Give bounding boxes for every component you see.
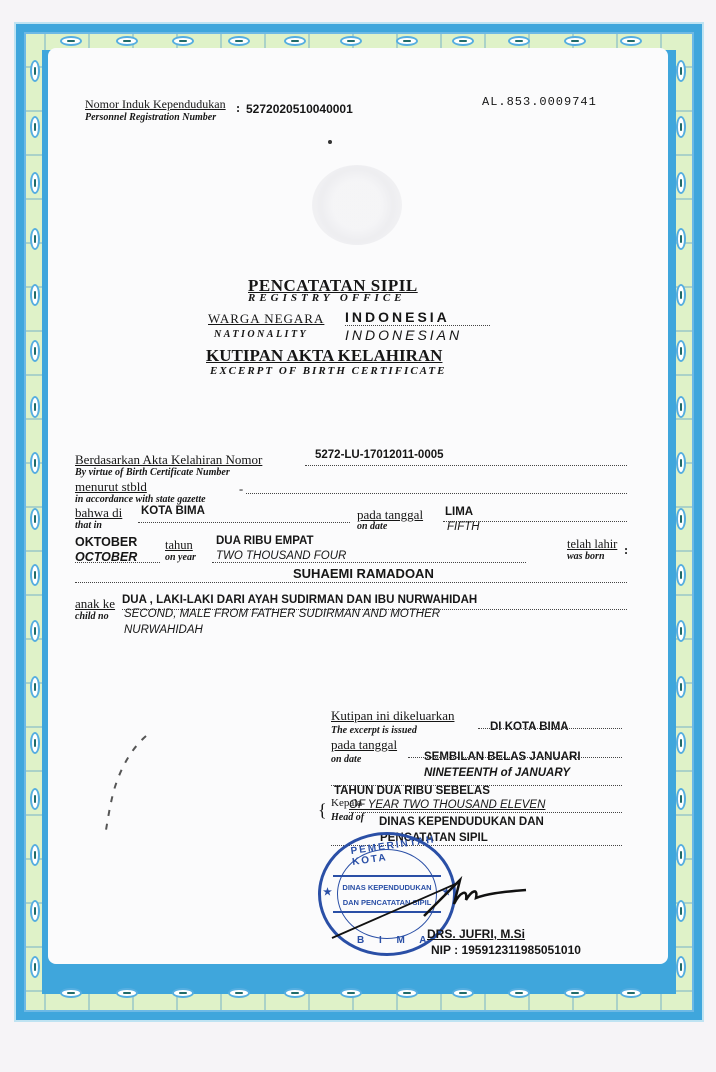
border-ornament bbox=[676, 508, 686, 530]
border-ornament bbox=[676, 60, 686, 82]
border-ornament bbox=[30, 564, 40, 586]
border-ornament bbox=[30, 900, 40, 922]
dotted-line bbox=[138, 522, 350, 523]
border-ornament bbox=[30, 60, 40, 82]
dotted-line bbox=[478, 728, 622, 729]
dotted-line bbox=[345, 325, 490, 326]
date-label-en: on date bbox=[357, 521, 387, 532]
border-ornament bbox=[508, 36, 530, 46]
place-label: bahwa di bbox=[75, 505, 122, 521]
year-value-en: TWO THOUSAND FOUR bbox=[216, 550, 346, 562]
cert-no-label-en: By virtue of Birth Certificate Number bbox=[75, 467, 230, 478]
year-label: tahun bbox=[165, 538, 193, 553]
document-title-en: EXCERPT OF BIRTH CERTIFICATE bbox=[210, 365, 446, 377]
border-ornament bbox=[676, 396, 686, 418]
day-value-en: FIFTH bbox=[447, 521, 480, 533]
border-ornament bbox=[452, 36, 474, 46]
document-title: KUTIPAN AKTA KELAHIRAN bbox=[206, 346, 442, 366]
border-ornament bbox=[676, 116, 686, 138]
issue-year-value-en: OF YEAR TWO THOUSAND ELEVEN bbox=[349, 799, 545, 811]
border-ornament bbox=[30, 788, 40, 810]
border-ornament bbox=[30, 620, 40, 642]
place-label-en: that in bbox=[75, 520, 102, 531]
child-no-label-en: child no bbox=[75, 611, 109, 622]
border-ornament bbox=[30, 172, 40, 194]
issue-year-value: TAHUN DUA RIBU SEBELAS bbox=[334, 785, 490, 797]
child-no-value: DUA , LAKI-LAKI DARI AYAH SUDIRMAN DAN I… bbox=[122, 594, 477, 606]
border-ornament bbox=[30, 844, 40, 866]
border-ornament bbox=[396, 988, 418, 998]
border-ornament bbox=[676, 228, 686, 250]
born-label: telah lahir bbox=[567, 537, 617, 552]
nationality-label: WARGA NEGARA bbox=[208, 311, 324, 327]
office-value-1: DINAS KEPENDUDUKAN DAN bbox=[379, 816, 544, 828]
border-ornament bbox=[676, 732, 686, 754]
border-ornament bbox=[676, 788, 686, 810]
border-ornament bbox=[30, 116, 40, 138]
border-ornament bbox=[676, 172, 686, 194]
child-no-value-en-1: SECOND, MALE FROM FATHER SUDIRMAN AND MO… bbox=[124, 608, 440, 620]
border-ornament bbox=[564, 988, 586, 998]
border-ornament bbox=[116, 36, 138, 46]
month-value: OKTOBER bbox=[75, 535, 137, 549]
border-ornament bbox=[172, 36, 194, 46]
border-ornament bbox=[30, 396, 40, 418]
border-ornament bbox=[508, 988, 530, 998]
border-ornament bbox=[228, 988, 250, 998]
border-ornament bbox=[676, 284, 686, 306]
border-ornament bbox=[30, 228, 40, 250]
border-ornament bbox=[676, 452, 686, 474]
stbld-value: - bbox=[239, 482, 243, 497]
border-ornament bbox=[284, 988, 306, 998]
border-ornament bbox=[30, 284, 40, 306]
dotted-line bbox=[349, 812, 622, 813]
border-ornament bbox=[396, 36, 418, 46]
border-ornament bbox=[30, 452, 40, 474]
border-ornament bbox=[620, 36, 642, 46]
dotted-line bbox=[75, 582, 627, 583]
border-ornament bbox=[284, 36, 306, 46]
signatory-nip: NIP : 195912311985051010 bbox=[431, 943, 581, 957]
born-label-en: was born bbox=[567, 551, 605, 562]
border-ornament bbox=[564, 36, 586, 46]
head-label-en: Head of bbox=[331, 812, 364, 823]
issued-label-en: The excerpt is issued bbox=[331, 725, 417, 736]
stbld-label: menurut stbld bbox=[75, 479, 147, 495]
dotted-line bbox=[212, 562, 526, 563]
dotted-line bbox=[408, 757, 622, 758]
border-ornament bbox=[676, 956, 686, 978]
nationality-label-en: NATIONALITY bbox=[214, 329, 308, 340]
dotted-line bbox=[246, 493, 627, 494]
pen-mark bbox=[80, 730, 160, 840]
border-ornament bbox=[676, 340, 686, 362]
place-value: KOTA BIMA bbox=[141, 505, 205, 517]
border-ornament bbox=[340, 988, 362, 998]
child-name: SUHAEMI RAMADOAN bbox=[293, 566, 434, 581]
border-ornament bbox=[30, 508, 40, 530]
border-ornament bbox=[620, 988, 642, 998]
ink-dot bbox=[328, 140, 332, 144]
border-ornament bbox=[676, 564, 686, 586]
year-value: DUA RIBU EMPAT bbox=[216, 535, 314, 547]
border-ornament bbox=[452, 988, 474, 998]
border-ornament bbox=[676, 844, 686, 866]
border-ornament bbox=[60, 36, 82, 46]
year-label-en: on year bbox=[165, 552, 196, 563]
brace-mark: { bbox=[318, 800, 327, 821]
office-title-en: REGISTRY OFFICE bbox=[248, 292, 406, 304]
cert-no-label: Berdasarkan Akta Kelahiran Nomor bbox=[75, 452, 262, 468]
nationality-value-en: INDONESIAN bbox=[345, 327, 462, 343]
dotted-line bbox=[75, 562, 160, 563]
nik-value: 5272020510040001 bbox=[246, 102, 353, 116]
border-ornament bbox=[60, 988, 82, 998]
issue-date-label: pada tanggal bbox=[331, 737, 397, 753]
born-colon: : bbox=[624, 543, 628, 558]
border-ornament bbox=[30, 340, 40, 362]
issue-date-value-en: NINETEENTH of JANUARY bbox=[424, 767, 570, 779]
stbld-label-en: in accordance with state gazette bbox=[75, 494, 206, 505]
border-ornament bbox=[30, 676, 40, 698]
nik-colon: : bbox=[236, 101, 240, 116]
signatory-name: DRS. JUFRI, M.Si bbox=[427, 927, 525, 941]
garuda-emblem-watermark bbox=[312, 165, 402, 245]
dotted-line bbox=[305, 465, 627, 466]
nik-sublabel: Personnel Registration Number bbox=[85, 112, 216, 123]
border-ornament bbox=[30, 956, 40, 978]
child-no-label: anak ke bbox=[75, 596, 115, 612]
day-value: LIMA bbox=[445, 506, 473, 518]
serial-number: AL.853.0009741 bbox=[482, 95, 597, 109]
border-ornament bbox=[228, 36, 250, 46]
border-ornament bbox=[172, 988, 194, 998]
nik-label: Nomor Induk Kependudukan bbox=[85, 97, 226, 112]
child-no-value-en-2: NURWAHIDAH bbox=[124, 624, 203, 636]
issued-place: DI KOTA BIMA bbox=[490, 721, 569, 733]
border-ornament bbox=[30, 732, 40, 754]
cert-no-value: 5272-LU-17012011-0005 bbox=[315, 449, 444, 461]
nationality-value: INDONESIA bbox=[345, 309, 450, 325]
border-ornament bbox=[676, 620, 686, 642]
issued-label: Kutipan ini dikeluarkan bbox=[331, 708, 454, 724]
issue-date-label-en: on date bbox=[331, 754, 361, 765]
border-ornament bbox=[676, 676, 686, 698]
border-ornament bbox=[116, 988, 138, 998]
border-ornament bbox=[676, 900, 686, 922]
border-ornament bbox=[340, 36, 362, 46]
